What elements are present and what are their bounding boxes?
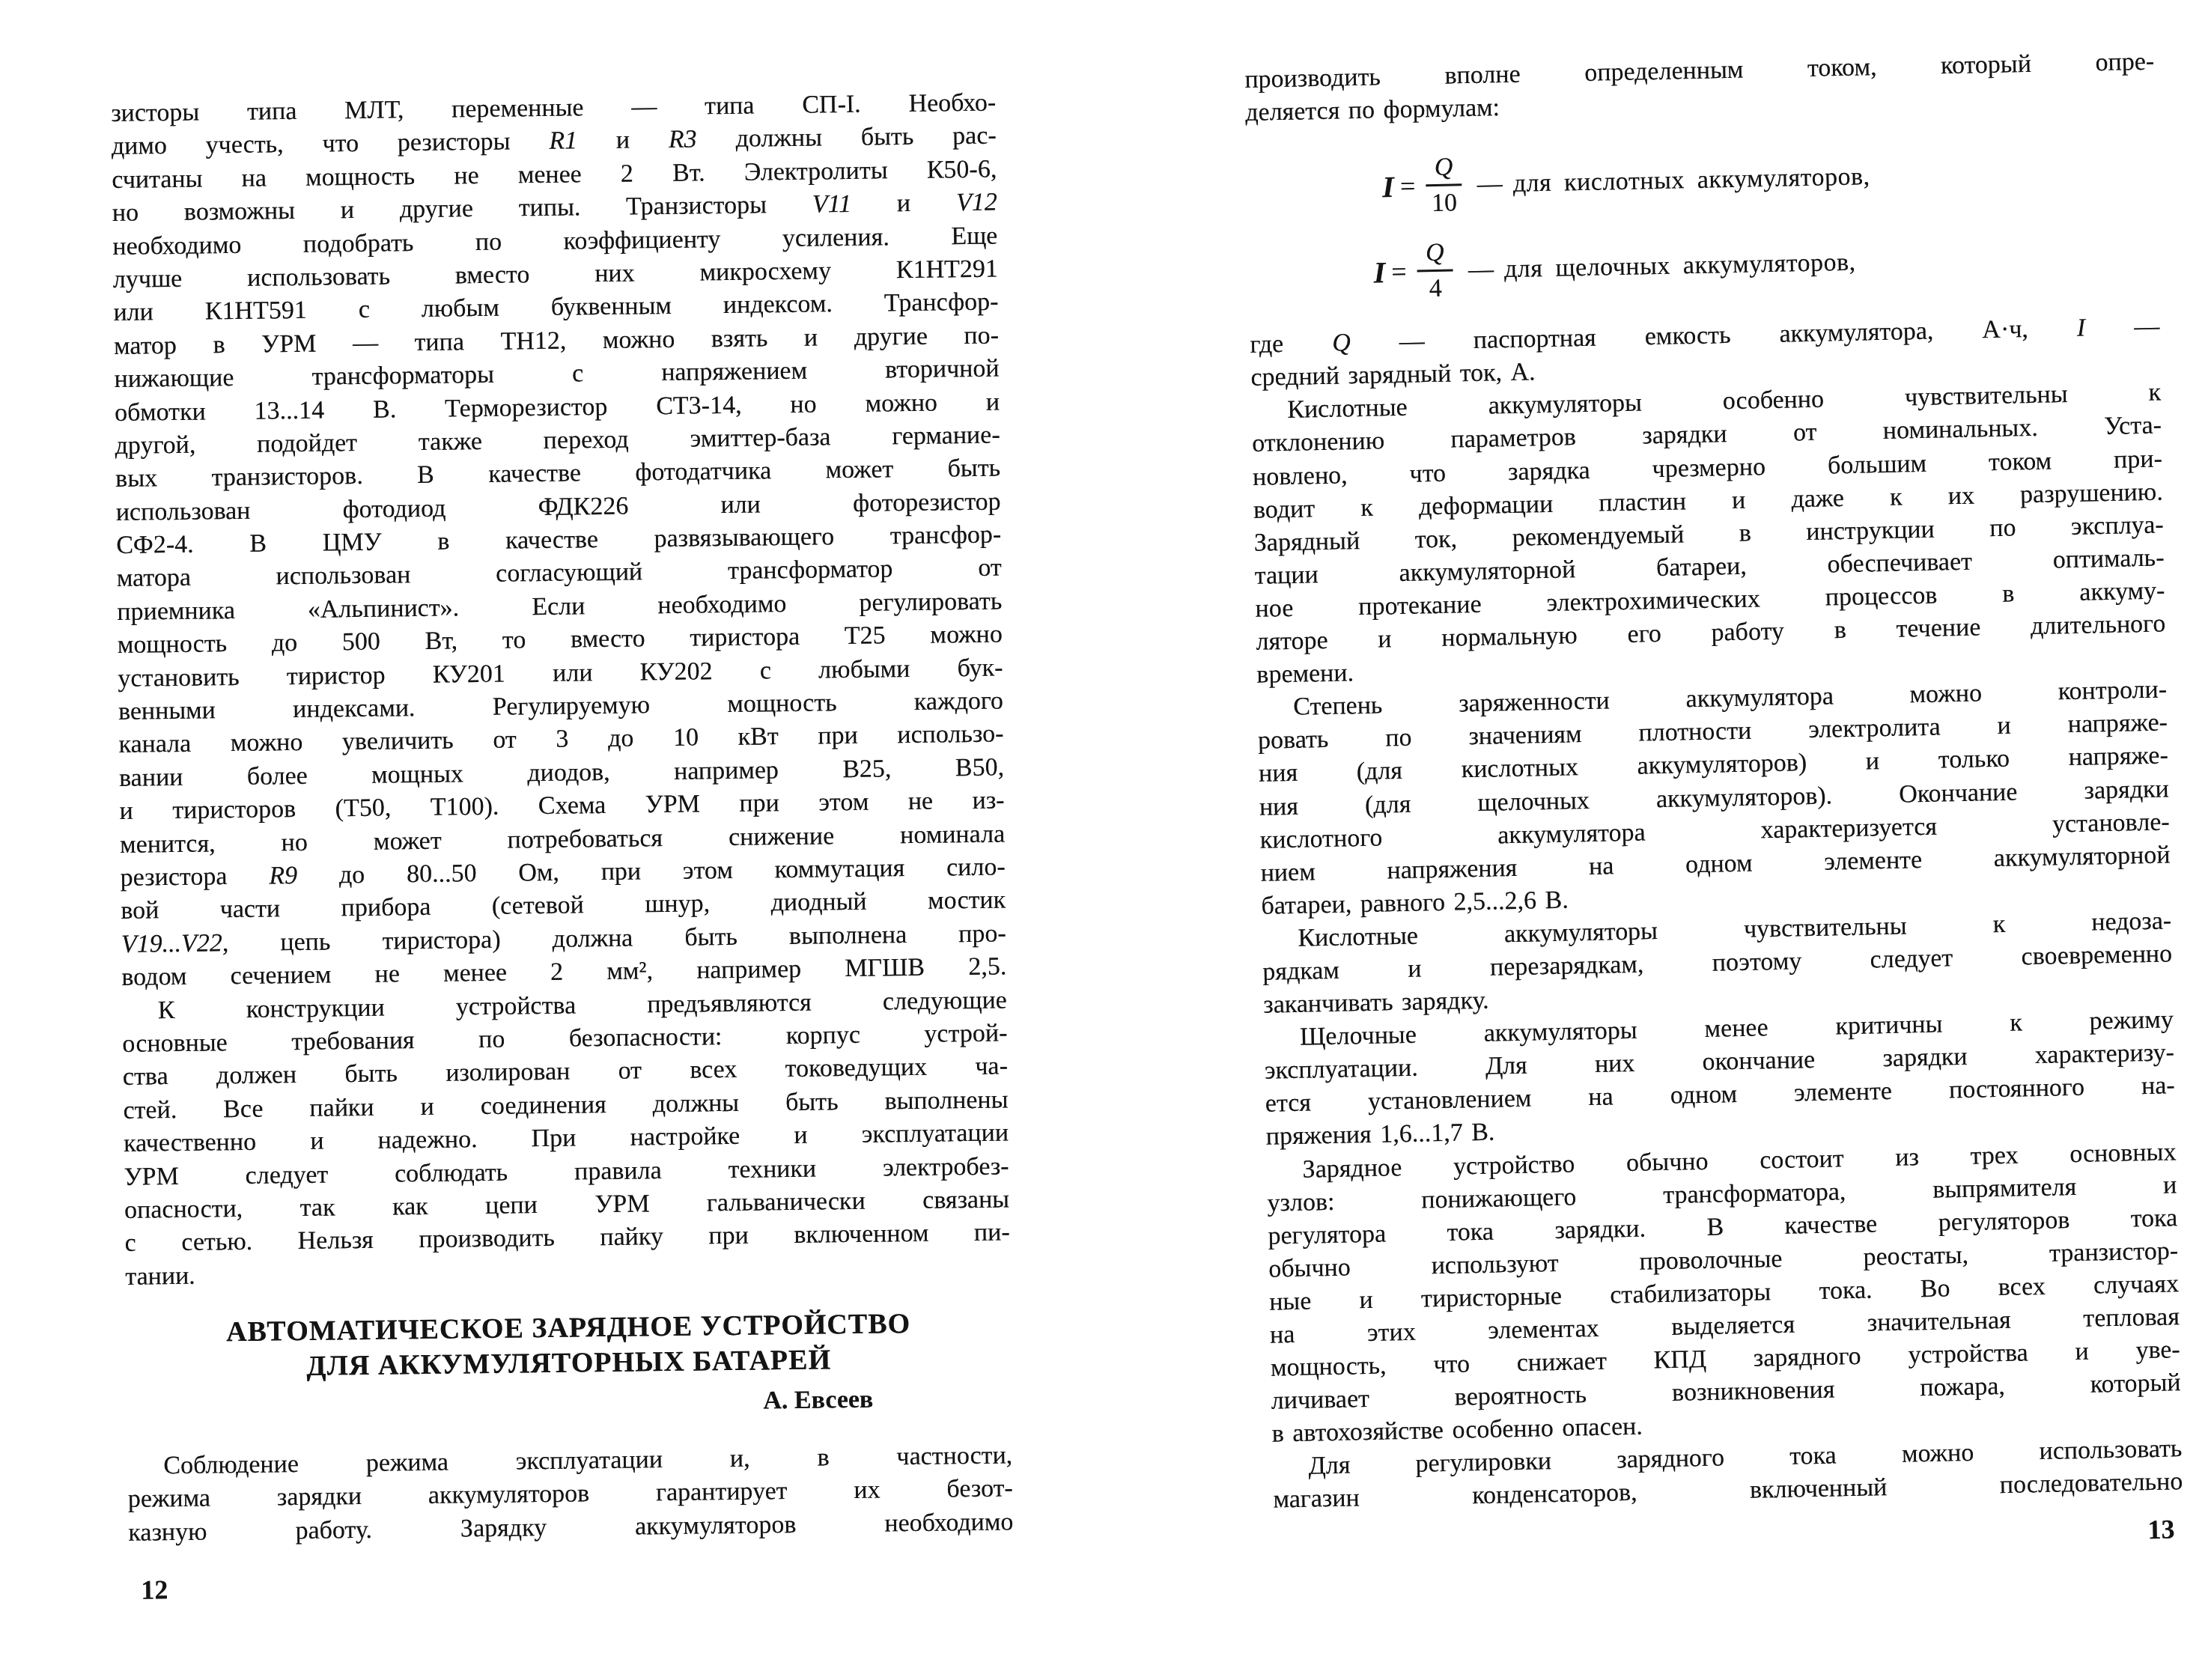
- formula-acid-battery: I = Q 10 — для кислотных аккумуляторов,: [1246, 137, 2157, 224]
- fraction-denominator: 10: [1432, 186, 1458, 217]
- equals-sign: =: [1399, 171, 1415, 202]
- page-left: зисторы типа МЛТ, переменные — типа СП-I…: [111, 87, 1015, 1606]
- formula-label: для щелочных аккумуляторов,: [1504, 249, 1856, 284]
- author-byline: А. Евсеев: [127, 1381, 1012, 1425]
- dash: —: [1476, 170, 1503, 199]
- formula-label: для кислотных аккумуляторов,: [1512, 162, 1870, 198]
- closing-paragraph: Соблюдение режима эксплуатации и, в част…: [127, 1439, 1014, 1550]
- fraction-numerator: Q: [1417, 240, 1453, 273]
- article-heading: АВТОМАТИЧЕСКОЕ ЗАРЯДНОЕ УСТРОЙСТВО ДЛЯ А…: [126, 1306, 1012, 1387]
- fraction-numerator: Q: [1425, 154, 1462, 186]
- formula-fraction: Q 10: [1425, 154, 1462, 216]
- charging-current-formulas: I = Q 10 — для кислотных аккумуляторов, …: [1246, 137, 2159, 329]
- equals-sign: =: [1391, 256, 1407, 287]
- dash: —: [1468, 256, 1494, 285]
- book-scan-spread: { "ink_color": "#141414", "paper_color":…: [0, 0, 2211, 1680]
- fraction-denominator: 4: [1429, 272, 1442, 302]
- page-right: производить вполне определенным током, к…: [1244, 46, 2184, 1562]
- formula-variable: I: [1382, 169, 1395, 204]
- formula-variable: I: [1373, 255, 1386, 290]
- page-number-right: 13: [1274, 1514, 2184, 1562]
- formula-fraction: Q 4: [1417, 240, 1454, 302]
- page-number-left: 12: [129, 1565, 1014, 1605]
